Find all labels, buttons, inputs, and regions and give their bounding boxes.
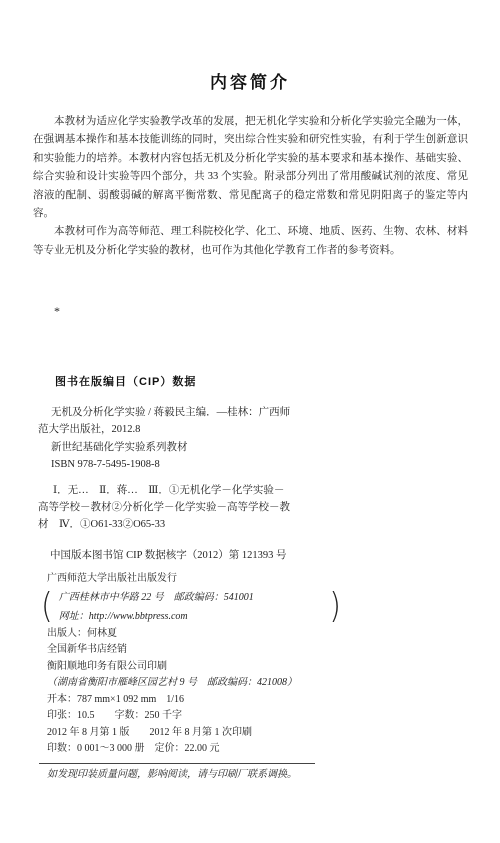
- cip-class-line-1: Ⅰ．无… Ⅱ．蒋… Ⅲ．①无机化学－化学实验－: [38, 482, 368, 499]
- publisher-address-group: ( 广西桂林市中华路 22 号 邮政编码：541001 网址：http://ww…: [41, 588, 341, 626]
- printer-line: 衡阳顺地印务有限公司印刷: [47, 659, 467, 676]
- left-paren: (: [41, 585, 53, 629]
- publisher-person-line: 出版人：何林夏: [47, 626, 467, 643]
- star-marker: *: [54, 304, 500, 319]
- page-title: 内容简介: [0, 0, 500, 93]
- cip-classification-block: Ⅰ．无… Ⅱ．蒋… Ⅲ．①无机化学－化学实验－ 高等学校－教材②分析化学－化学实…: [38, 482, 368, 534]
- sheets-line: 印张：10.5 字数：250 千字: [47, 708, 467, 725]
- summary-paragraph-2: 本教材可作为高等师范、理工科院校化学、化工、环境、地质、医药、生物、农林、材料等…: [33, 223, 468, 260]
- cip-series-line: 新世纪基础化学实验系列教材: [38, 439, 368, 456]
- content-summary: 本教材为适应化学实验教学改革的发展，把无机化学实验和分析化学实验完全融为一体，在…: [33, 113, 468, 260]
- cip-title-line: 无机及分析化学实验 / 蒋毅民主编．—桂林：广西师: [38, 404, 368, 421]
- print-run-line: 印数：0 001～3 000 册 定价：22.00 元: [47, 741, 467, 758]
- cip-class-line-3: 材 Ⅳ．①O61-33②O65-33: [38, 516, 368, 533]
- cip-class-line-2: 高等学校－教材②分析化学－化学实验－高等学校－教: [38, 499, 368, 516]
- right-paren: ): [329, 585, 341, 629]
- publisher-address: 广西桂林市中华路 22 号 邮政编码：541001: [59, 588, 330, 607]
- colophon-block: 广西师范大学出版社出版发行 ( 广西桂林市中华路 22 号 邮政编码：54100…: [47, 571, 467, 783]
- publisher-address-lines: 广西桂林市中华路 22 号 邮政编码：541001 网址：http://www.…: [53, 588, 330, 626]
- cip-isbn-line: ISBN 978-7-5495-1908-8: [38, 456, 368, 473]
- quality-note: 如发现印装质量问题，影响阅读，请与印刷厂联系调换。: [47, 767, 467, 784]
- cip-record-number: 中国版本图书馆 CIP 数据核字（2012）第 121393 号: [50, 547, 500, 562]
- colophon-divider: [39, 763, 315, 764]
- format-line: 开本：787 mm×1 092 mm 1/16: [47, 692, 467, 709]
- publisher-website: 网址：http://www.bbtpress.com: [59, 607, 330, 626]
- cip-heading: 图书在版编目（CIP）数据: [55, 373, 500, 389]
- edition-line: 2012 年 8 月第 1 版 2012 年 8 月第 1 次印刷: [47, 725, 467, 742]
- summary-paragraph-1: 本教材为适应化学实验教学改革的发展，把无机化学实验和分析化学实验完全融为一体，在…: [33, 113, 468, 223]
- cip-title-continuation: 范大学出版社，2012.8: [38, 421, 368, 438]
- distribution-line: 全国新华书店经销: [47, 642, 467, 659]
- cip-entry-block: 无机及分析化学实验 / 蒋毅民主编．—桂林：广西师 范大学出版社，2012.8 …: [38, 404, 368, 473]
- book-copyright-page: 内容简介 本教材为适应化学实验教学改革的发展，把无机化学实验和分析化学实验完全融…: [0, 0, 500, 843]
- printer-address-line: （湖南省衡阳市雁峰区园艺村 9 号 邮政编码：421008）: [47, 675, 467, 692]
- publisher-line: 广西师范大学出版社出版发行: [47, 571, 467, 588]
